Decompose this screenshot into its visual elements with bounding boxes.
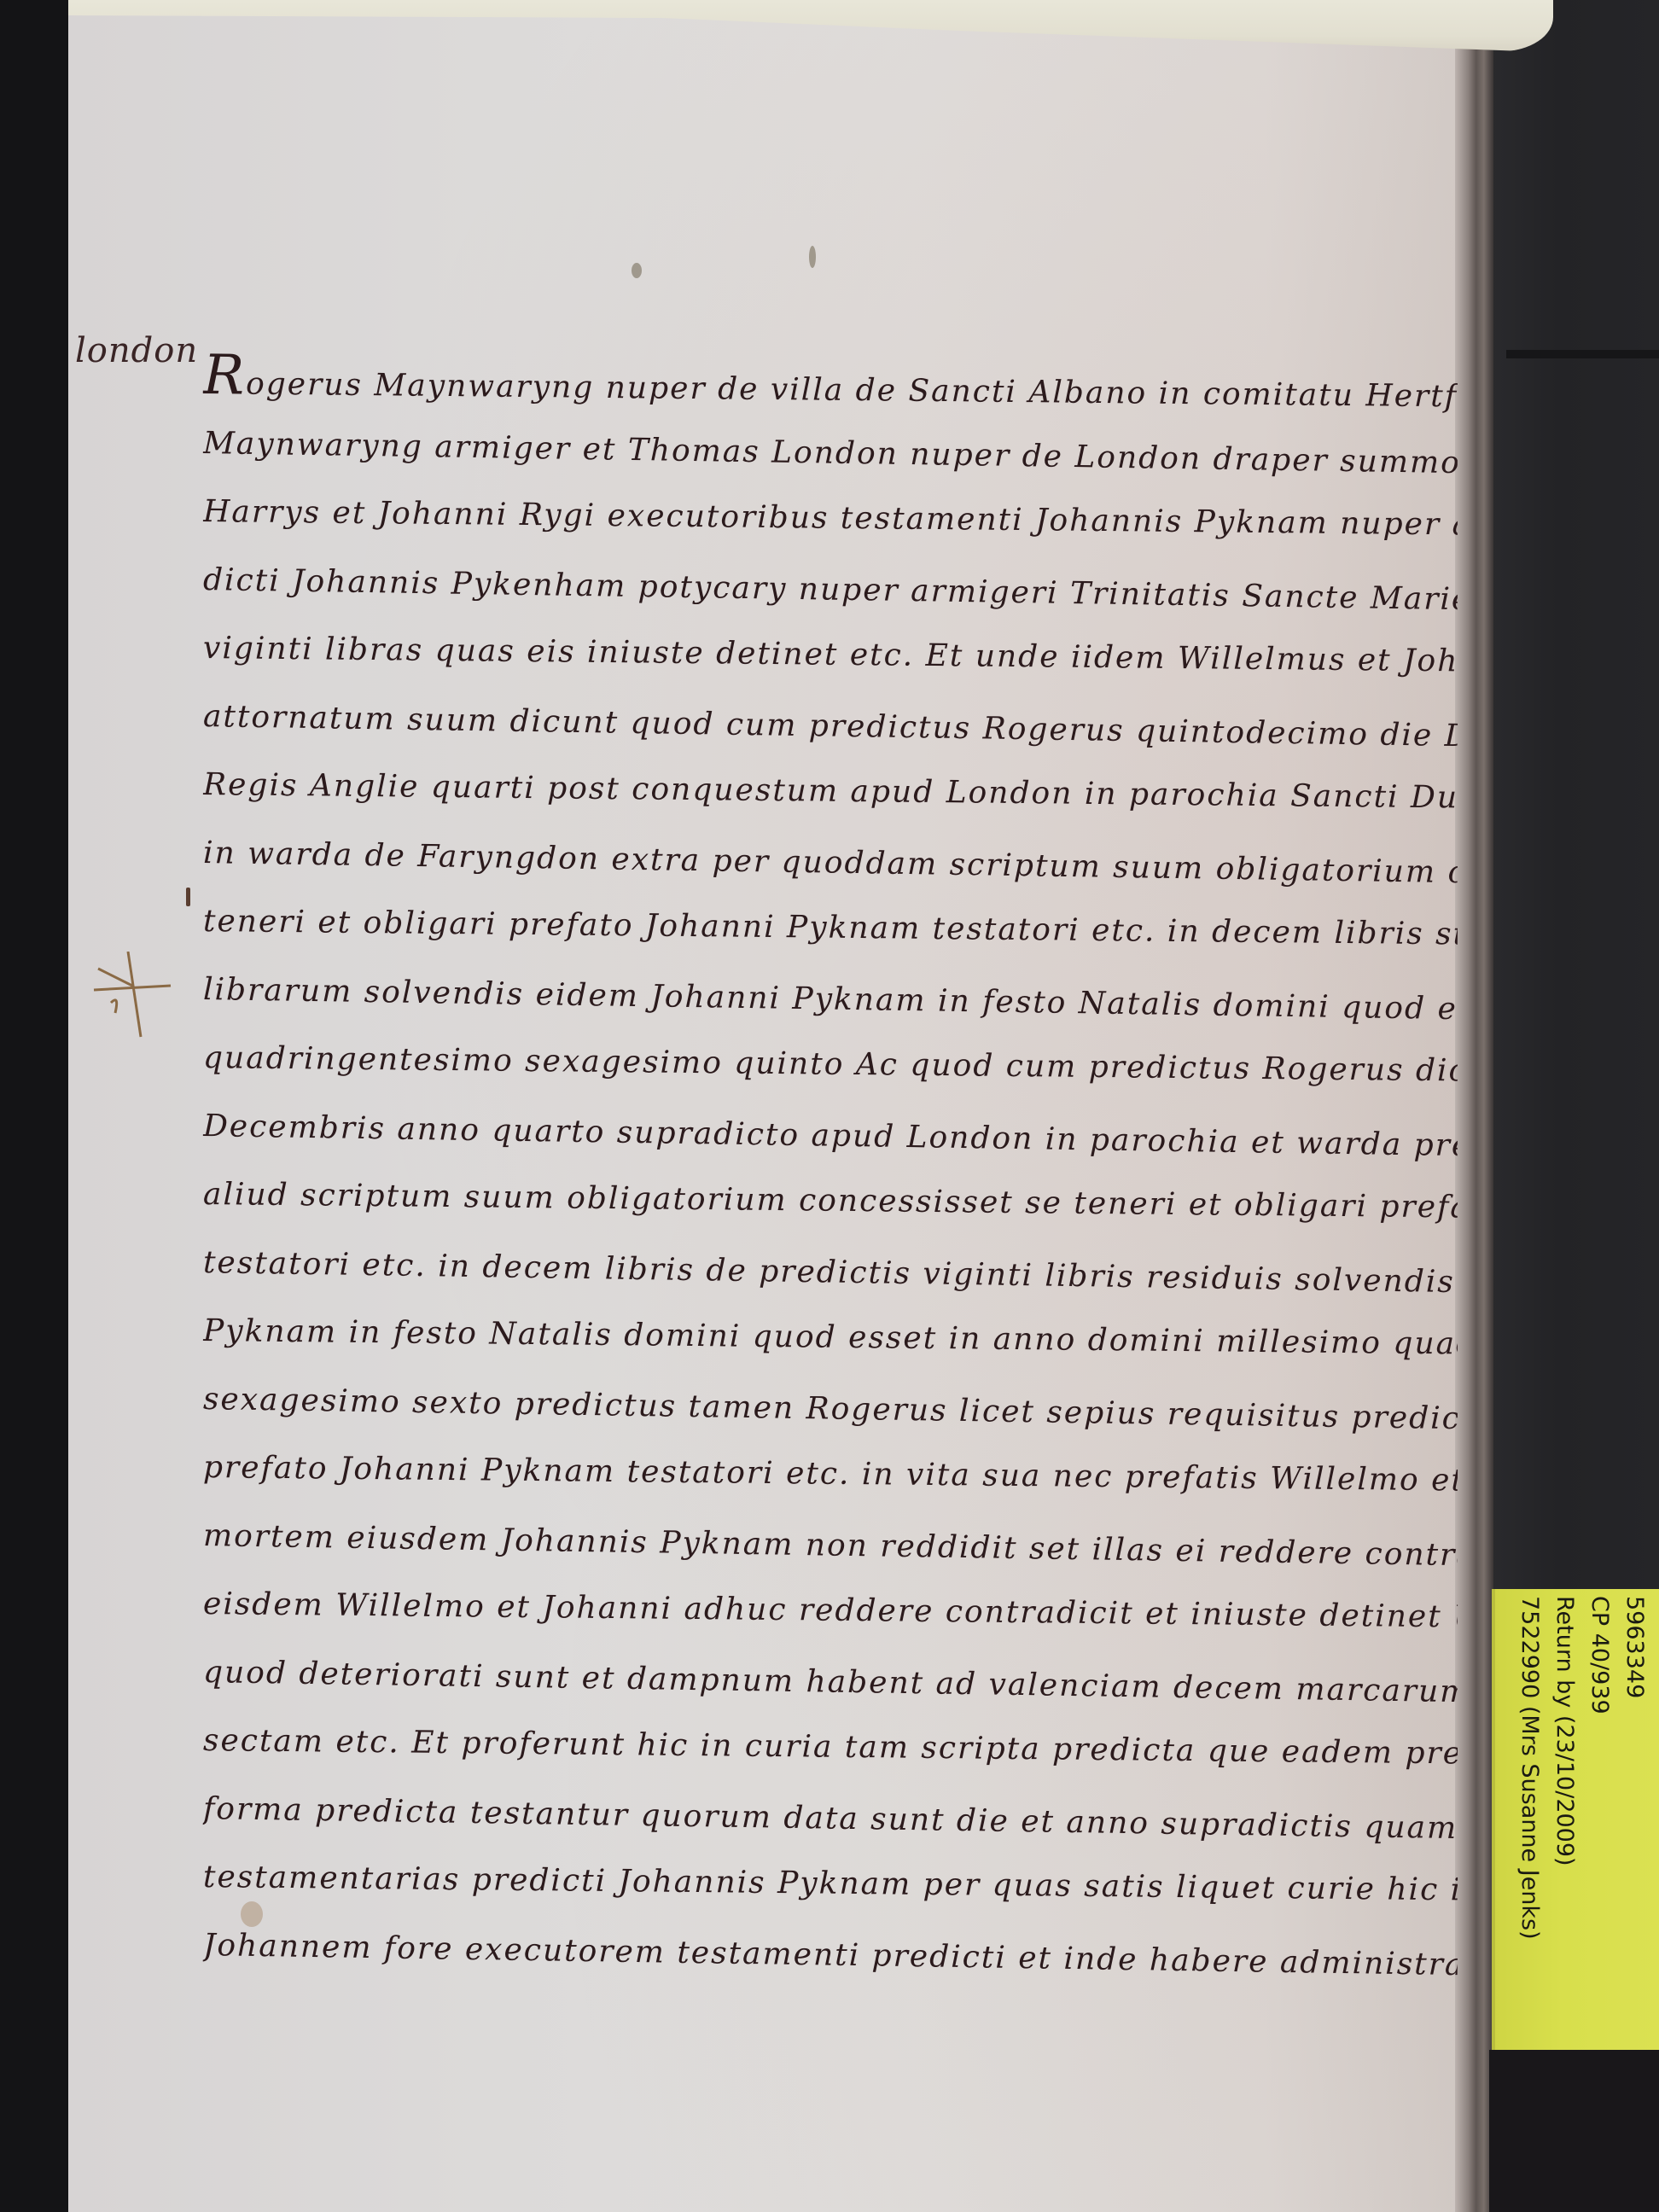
slip-text-rotated: 5963349 CP 40/939 Return by (23/10/2009)… (1512, 1596, 1652, 2048)
manuscript-line: Harrys et Johanni Rygi executoribus test… (203, 478, 1458, 559)
manuscript-line: Regis Anglie quarti post conquestum apud… (203, 751, 1458, 832)
slip-reader: 7522990 (Mrs Susanne Jenks) (1512, 1596, 1547, 2048)
margin-tick-mark (186, 888, 190, 906)
dark-background-left (0, 0, 68, 2212)
margin-cross-icon (81, 952, 175, 1045)
manuscript-line: viginti libras quas eis iniuste detinet … (203, 614, 1458, 696)
manuscript-line: Rogerus Maynwaryng nuper de villa de San… (203, 341, 1458, 422)
manuscript-text: Rogerus Maynwaryng nuper de villa de San… (203, 341, 1458, 1980)
parchment-hole (632, 263, 642, 278)
manuscript-line: quadringentesimo sexagesimo quinto Ac qu… (203, 1024, 1458, 1105)
slip-reference-number: 5963349 (1617, 1596, 1652, 2048)
manuscript-line: teneri et obligari prefato Johanni Pykna… (203, 888, 1458, 969)
archive-request-slip: 5963349 CP 40/939 Return by (23/10/2009)… (1492, 1589, 1659, 2050)
slip-document-reference: CP 40/939 (1582, 1596, 1617, 2048)
manuscript-line: sectam etc. Et proferunt hic in curia ta… (203, 1707, 1458, 1788)
manuscript-line: Pyknam in festo Natalis domini quod esse… (203, 1297, 1458, 1378)
parchment-rolled-edge (1455, 26, 1493, 2212)
margin-note-london: london (75, 331, 198, 370)
manuscript-line: testamentarias predicti Johannis Pyknam … (203, 1843, 1458, 1924)
slip-return-date: Return by (23/10/2009) (1547, 1596, 1582, 2048)
dark-background-bottom (1489, 2050, 1659, 2212)
background-seam (1506, 350, 1659, 358)
manuscript-line: prefato Johanni Pyknam testatori etc. in… (203, 1434, 1458, 1515)
manuscript-line: eisdem Willelmo et Johanni adhuc reddere… (203, 1570, 1458, 1651)
parchment-hole (809, 246, 816, 268)
manuscript-line: aliud scriptum suum obligatorium concess… (203, 1161, 1458, 1242)
